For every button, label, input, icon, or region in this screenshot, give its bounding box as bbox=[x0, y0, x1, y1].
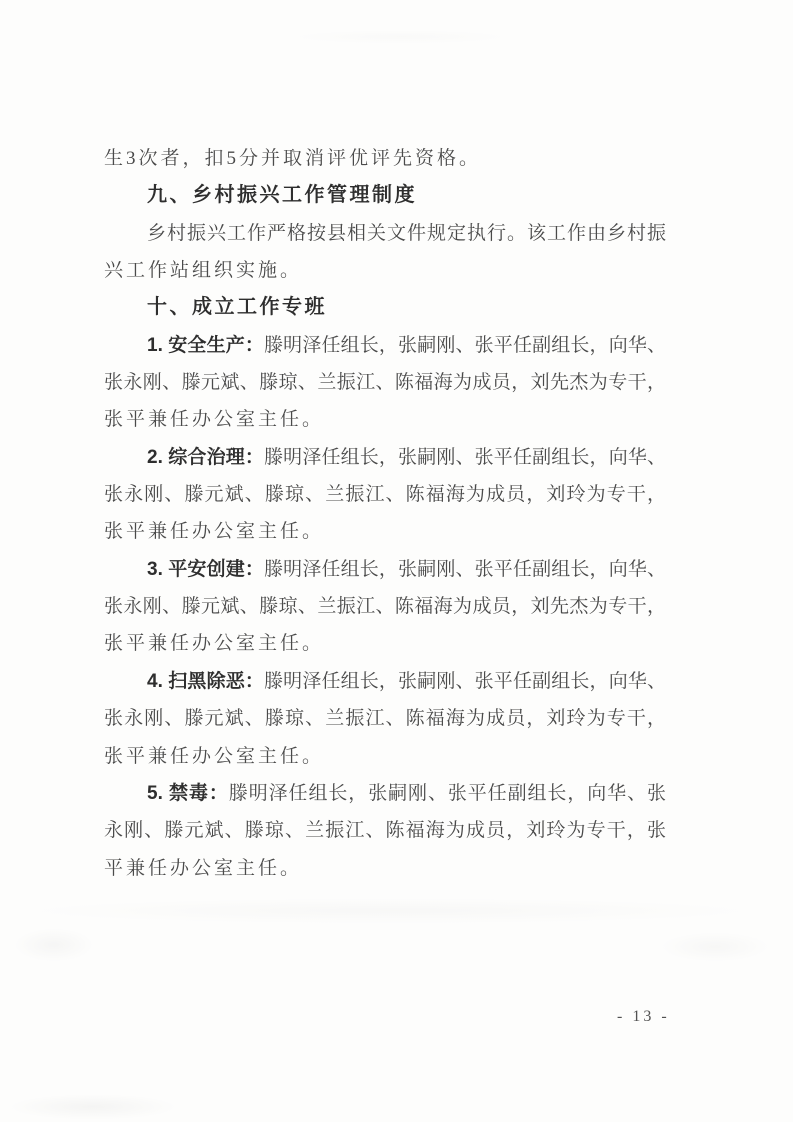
scan-smudge bbox=[14, 928, 94, 962]
text-segment: 张永刚、滕元斌、滕琼、兰振江、陈福海为成员，刘玲为专干， bbox=[104, 708, 666, 729]
text-line: 永刚、滕元斌、滕琼、兰振江、陈福海为成员，刘玲为专干，张 bbox=[104, 812, 666, 849]
bold-label: 5. 禁毒： bbox=[147, 783, 229, 804]
text-line: 3. 平安创建：滕明泽任组长，张嗣刚、张平任副组长，向华、 bbox=[104, 551, 666, 588]
text-segment: 张永刚、滕元斌、滕琼、兰振江、陈福海为成员，刘先杰为专干， bbox=[104, 596, 666, 617]
bold-label: 1. 安全生产： bbox=[147, 335, 264, 356]
text-segment: 滕明泽任组长，张嗣刚、张平任副组长，向华、 bbox=[264, 671, 666, 692]
text-line: 生3次者，扣5分并取消评优评先资格。 bbox=[104, 140, 666, 177]
text-line: 张永刚、滕元斌、滕琼、兰振江、陈福海为成员，刘先杰为专干， bbox=[104, 588, 666, 625]
text-segment: 张平兼任办公室主任。 bbox=[104, 746, 324, 767]
bold-label: 2. 综合治理： bbox=[147, 447, 264, 468]
text-line: 乡村振兴工作严格按县相关文件规定执行。该工作由乡村振 bbox=[104, 215, 666, 252]
text-segment: 滕明泽任组长，张嗣刚、张平任副组长，向华、 bbox=[264, 335, 666, 356]
text-line: 1. 安全生产：滕明泽任组长，张嗣刚、张平任副组长，向华、 bbox=[104, 327, 666, 364]
text-line: 张永刚、滕元斌、滕琼、兰振江、陈福海为成员，刘玲为专干， bbox=[104, 476, 666, 513]
text-line: 张永刚、滕元斌、滕琼、兰振江、陈福海为成员，刘玲为专干， bbox=[104, 700, 666, 737]
text-line: 张平兼任办公室主任。 bbox=[104, 513, 666, 550]
text-segment: 滕明泽任组长，张嗣刚、张平任副组长，向华、 bbox=[264, 559, 666, 580]
scan-smudge bbox=[660, 932, 770, 962]
text-line: 兴工作站组织实施。 bbox=[104, 252, 666, 289]
page-number: - 13 - bbox=[617, 1005, 670, 1029]
text-line: 张永刚、滕元斌、滕琼、兰振江、陈福海为成员，刘先杰为专干， bbox=[104, 364, 666, 401]
text-segment: 兴工作站组织实施。 bbox=[104, 260, 302, 281]
heading-line: 十、成立工作专班 bbox=[104, 289, 666, 326]
bold-label: 十、成立工作专班 bbox=[147, 296, 327, 318]
text-segment: 平兼任办公室主任。 bbox=[104, 858, 302, 879]
text-line: 张平兼任办公室主任。 bbox=[104, 625, 666, 662]
text-line: 2. 综合治理：滕明泽任组长，张嗣刚、张平任副组长，向华、 bbox=[104, 439, 666, 476]
bold-label: 4. 扫黑除恶： bbox=[147, 671, 264, 692]
text-line: 平兼任办公室主任。 bbox=[104, 850, 666, 887]
text-segment: 张平兼任办公室主任。 bbox=[104, 633, 324, 654]
text-segment: 张永刚、滕元斌、滕琼、兰振江、陈福海为成员，刘先杰为专干， bbox=[104, 372, 666, 393]
text-segment: 永刚、滕元斌、滕琼、兰振江、陈福海为成员，刘玲为专干，张 bbox=[104, 820, 666, 841]
text-segment: 滕明泽任组长，张嗣刚、张平任副组长，向华、张 bbox=[229, 783, 666, 804]
document-lines: 生3次者，扣5分并取消评优评先资格。九、乡村振兴工作管理制度乡村振兴工作严格按县… bbox=[104, 140, 666, 887]
heading-line: 九、乡村振兴工作管理制度 bbox=[104, 177, 666, 214]
text-segment: 生3次者，扣5分并取消评优评先资格。 bbox=[104, 148, 481, 169]
document-page: 生3次者，扣5分并取消评优评先资格。九、乡村振兴工作管理制度乡村振兴工作严格按县… bbox=[0, 0, 793, 1122]
text-segment: 滕明泽任组长，张嗣刚、张平任副组长，向华、 bbox=[264, 447, 666, 468]
scan-smudge bbox=[290, 30, 510, 44]
text-segment: 乡村振兴工作严格按县相关文件规定执行。该工作由乡村振 bbox=[147, 223, 666, 244]
text-line: 张平兼任办公室主任。 bbox=[104, 738, 666, 775]
bold-label: 3. 平安创建： bbox=[147, 559, 264, 580]
scan-smudge bbox=[20, 898, 760, 924]
text-segment: 张永刚、滕元斌、滕琼、兰振江、陈福海为成员，刘玲为专干， bbox=[104, 484, 666, 505]
scan-smudge bbox=[8, 1094, 178, 1120]
text-segment: 张平兼任办公室主任。 bbox=[104, 409, 324, 430]
bold-label: 九、乡村振兴工作管理制度 bbox=[147, 184, 417, 206]
text-line: 5. 禁毒：滕明泽任组长，张嗣刚、张平任副组长，向华、张 bbox=[104, 775, 666, 812]
text-segment: 张平兼任办公室主任。 bbox=[104, 521, 324, 542]
text-line: 张平兼任办公室主任。 bbox=[104, 401, 666, 438]
text-line: 4. 扫黑除恶：滕明泽任组长，张嗣刚、张平任副组长，向华、 bbox=[104, 663, 666, 700]
